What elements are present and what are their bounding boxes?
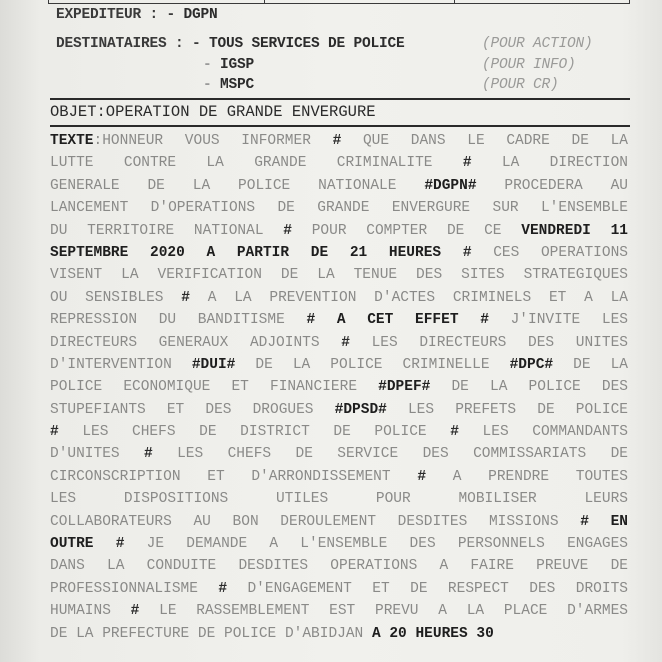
body-line: DE LA PREFECTURE DE POLICE D'ABIDJAN A 2… [50, 623, 628, 645]
body-line: OU SENSIBLES # A LA PREVENTION D'ACTES C… [50, 287, 628, 309]
destinataires-row: DESTINATAIRES : - TOUS SERVICES DE POLIC… [56, 36, 405, 52]
recipient-note: (POUR ACTION) [482, 36, 593, 52]
body-line: SEPTEMBRE 2020 A PARTIR DE 21 HEURES # C… [50, 242, 628, 264]
recipient-note: (POUR CR) [482, 77, 559, 93]
body-line: LES DISPOSITIONS UTILES POUR MOBILISER L… [50, 488, 628, 510]
body-line: COLLABORATEURS AU BON DEROULEMENT DESDIT… [50, 511, 628, 533]
divider [50, 98, 630, 100]
message-body: TEXTE:HONNEUR VOUS INFORMER # QUE DANS L… [50, 130, 628, 645]
body-line: D'INTERVENTION #DUI# DE LA POLICE CRIMIN… [50, 354, 628, 376]
expediteur-row: EXPEDITEUR : - DGPN [56, 7, 218, 23]
body-line: STUPEFIANTS ET DES DROGUES #DPSD# LES PR… [50, 399, 628, 421]
body-line: OUTRE # JE DEMANDE A L'ENSEMBLE DES PERS… [50, 533, 628, 555]
header-table-edge [48, 0, 630, 4]
recipient-name: TOUS SERVICES DE POLICE [209, 36, 405, 52]
divider [50, 125, 630, 127]
body-line: VISENT LA VERIFICATION DE LA TENUE DES S… [50, 264, 628, 286]
expediteur-value: DGPN [184, 7, 218, 23]
recipient-row: - MSPC [203, 77, 254, 93]
body-line: # LES CHEFS DE DISTRICT DE POLICE # LES … [50, 421, 628, 443]
body-line: D'UNITES # LES CHEFS DE SERVICE DES COMM… [50, 443, 628, 465]
body-line: LANCEMENT D'OPERATIONS DE GRANDE ENVERGU… [50, 197, 628, 219]
expediteur-label: EXPEDITEUR : - [56, 7, 184, 23]
body-line: POLICE ECONOMIQUE ET FINANCIERE #DPEF# D… [50, 376, 628, 398]
recipient-row: - IGSP [203, 57, 254, 73]
body-line: DANS LA CONDUITE DESDITES OPERATIONS A F… [50, 555, 628, 577]
body-line: REPRESSION DU BANDITISME # A CET EFFET #… [50, 309, 628, 331]
body-line: LUTTE CONTRE LA GRANDE CRIMINALITE # LA … [50, 152, 628, 174]
body-line: DU TERRITOIRE NATIONAL # POUR COMPTER DE… [50, 220, 628, 242]
recipient-name: MSPC [220, 77, 254, 93]
body-line: GENERALE DE LA POLICE NATIONALE #DGPN# P… [50, 175, 628, 197]
body-line: TEXTE:HONNEUR VOUS INFORMER # QUE DANS L… [50, 130, 628, 152]
recipient-name: IGSP [220, 57, 254, 73]
recipient-note: (POUR INFO) [482, 57, 576, 73]
body-line: CIRCONSCRIPTION ET D'ARRONDISSEMENT # A … [50, 466, 628, 488]
body-line: DIRECTEURS GENERAUX ADJOINTS # LES DIREC… [50, 332, 628, 354]
objet-line: OBJET:OPERATION DE GRANDE ENVERGURE [50, 103, 376, 121]
body-line: PROFESSIONNALISME # D'ENGAGEMENT ET DE R… [50, 578, 628, 600]
body-line: HUMAINS # LE RASSEMBLEMENT EST PREVU A L… [50, 600, 628, 622]
destinataires-label: DESTINATAIRES : - [56, 36, 209, 52]
